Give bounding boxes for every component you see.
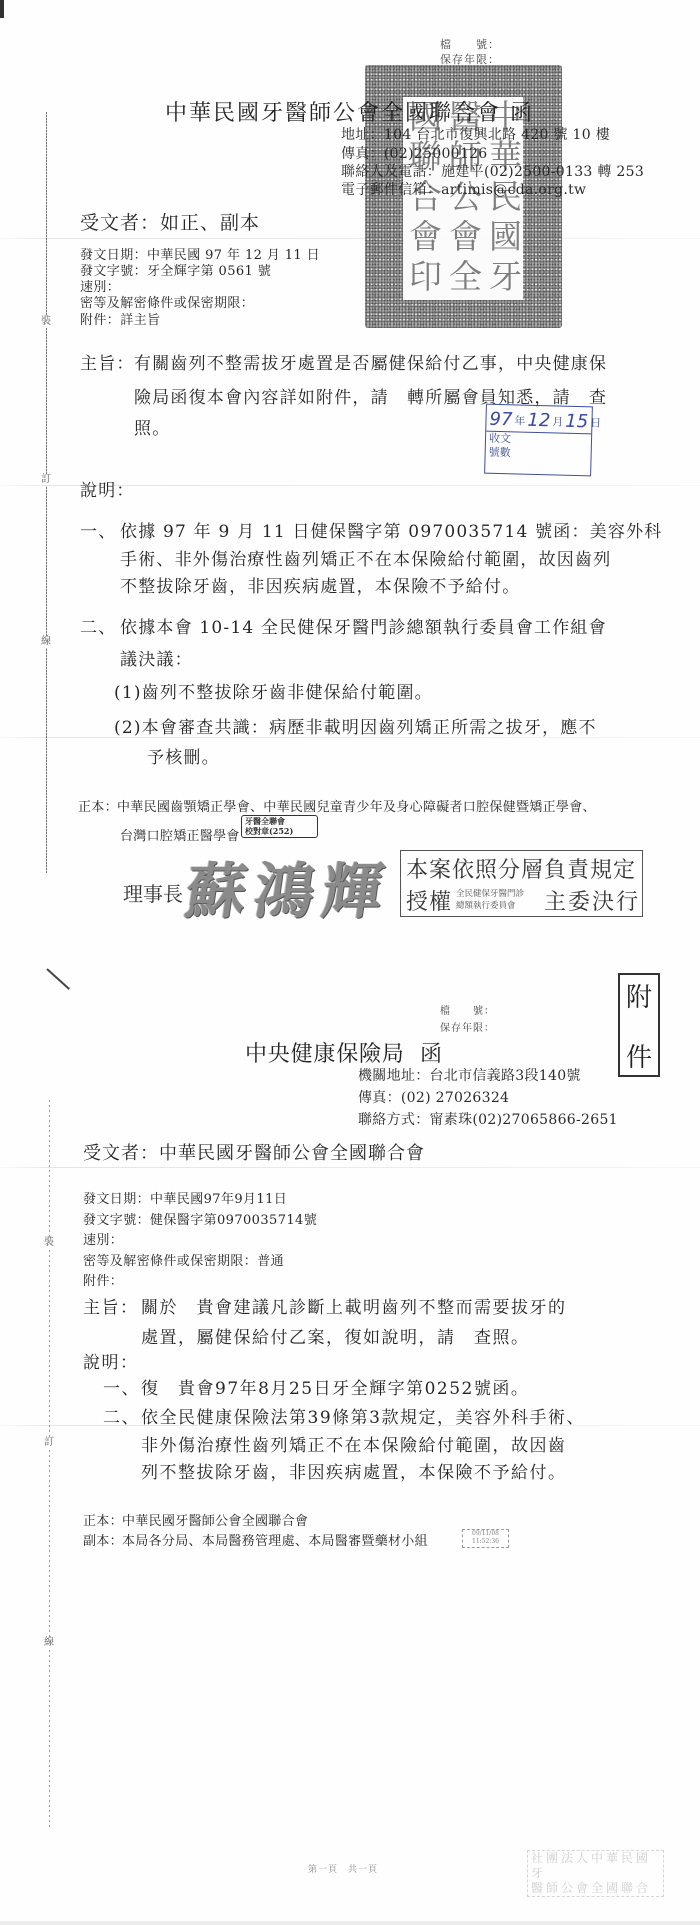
attachment-field: 附件：詳主旨: [80, 309, 160, 328]
faded-receipt-stamp: 社團法人中華民國牙 醫師公會全國聯合會 文書收發專用章戳: [527, 1850, 664, 1897]
proof-stamp-org: 牙醫全聯會: [245, 816, 317, 826]
original-recipient-label: 正本：: [83, 1510, 123, 1529]
stamp-line: 社團法人中華民國牙: [531, 1851, 663, 1881]
item-line: 不整拔除牙齒，非因疾病處置，本保險不予給付。: [120, 572, 520, 597]
item-number: 二、: [103, 1403, 140, 1428]
proof-stamp-label: 校對章(252): [245, 826, 317, 836]
document-number: 發文字號：健保醫字第0970035714號: [83, 1209, 317, 1228]
attachment-tag-char: 附: [626, 977, 652, 1014]
original-recipient: 中華民國牙醫師公會全國聯合會: [122, 1510, 308, 1529]
sender-fax: 傳真：(02)25000126: [341, 143, 488, 163]
letter-type-label: 函: [510, 96, 532, 127]
timestamp-date: 09/11/08: [463, 1530, 508, 1538]
scan-bottom-edge: [0, 1921, 700, 1925]
agency-contact: 聯絡方式：甯素珠(02)27065866-2651: [358, 1109, 618, 1129]
scan-edge-mark: [0, 0, 4, 18]
retention-period-label: 保存年限：: [440, 1019, 495, 1034]
year-label: 年: [514, 411, 526, 431]
binding-line: [46, 112, 47, 873]
received-date-row: 97 年 12 月 15 日: [486, 405, 592, 435]
cc-recipients: 台灣口腔矯正醫學會: [120, 825, 240, 844]
file-number-label: 檔 號：: [440, 1002, 495, 1017]
stamp-line: 醫師公會全國聯合會: [531, 1881, 663, 1897]
received-year: 97: [489, 409, 512, 432]
sender-email: 電子郵件信箱：artimis@cda.org.tw: [341, 179, 586, 199]
binding-line: [49, 1100, 50, 1830]
month-label: 月: [552, 412, 564, 432]
scan-fold-line: [0, 238, 700, 239]
sub-item-line: 予核刪。: [147, 743, 220, 768]
confidentiality-field: 密等及解密條件或保密期限：普通: [83, 1250, 284, 1269]
item-line: 依據本會 10-14 全民健保牙醫門診總額執行委員會工作組會: [120, 613, 607, 638]
binding-mark-zhuang: 裝: [44, 1237, 54, 1249]
attachment-tag-box: 附 件: [618, 973, 660, 1077]
delegation-committee: 全民健保牙醫門診 總額執行委員會: [456, 888, 524, 912]
recipient-line: 受文者：如正、副本: [80, 208, 260, 235]
issue-date: 發文日期：中華民國97年9月11日: [83, 1188, 287, 1207]
scan-fold-line: [0, 1167, 700, 1168]
binding-mark-xian: 線: [41, 636, 51, 648]
item-line: 依據 97 年 9 月 11 日健保醫字第 0970035714 號函：美容外科: [120, 517, 662, 542]
received-date-stamp: 97 年 12 月 15 日 收文 號數: [484, 404, 593, 477]
letter-type-label: 函: [420, 1037, 442, 1068]
subject-line: 有關齒列不整需拔牙處置是否屬健保給付乙事，中央健康保: [134, 349, 607, 374]
attachment-field: 附件：: [83, 1270, 123, 1289]
committee-line: 全民健保牙醫門診: [456, 888, 524, 900]
binding-mark-ding: 訂: [44, 1437, 54, 1449]
item-line: 手術、非外傷治療性齒列矯正不在本保險給付範圍，故因齒列: [120, 545, 611, 570]
page-number-footer: 第一頁 共一頁: [308, 1862, 378, 1875]
proofreading-stamp: 牙醫全聯會 校對章(252): [241, 815, 318, 838]
subject-label: 主旨：: [80, 349, 135, 374]
item-number: 一、: [80, 517, 116, 542]
letterhead-title: 中華民國牙醫師公會全國聯合會: [165, 96, 501, 127]
scanned-document: 裝 訂 線 檔 號： 保存年限： 中華民國牙醫師公會全國聯合會印 中華民國牙醫師…: [0, 0, 700, 1925]
delegation-auth-label: 授權: [406, 885, 452, 916]
cc-label: 正本：: [78, 796, 118, 815]
copy-recipient-label: 副本：: [83, 1530, 123, 1549]
signatory-signature: 蘇鴻輝: [181, 844, 397, 930]
subject-label: 主旨：: [83, 1293, 139, 1318]
recipient-line: 受文者：中華民國牙醫師公會全國聯合會: [83, 1139, 425, 1165]
received-month: 12: [527, 410, 550, 433]
print-timestamp-box: 09/11/08 11:52:36: [462, 1529, 509, 1548]
day-label: 日: [590, 413, 602, 433]
signatory-title: 理事長: [123, 878, 183, 907]
subject-line: 處置，屬健保給付乙案，復如說明，請 查照。: [141, 1323, 530, 1348]
item-line: 議決議：: [120, 645, 193, 670]
agency-address: 機關地址：台北市信義路3段140號: [358, 1065, 581, 1085]
sender-contact: 聯絡人及電話：施建平(02)2500-0133 轉 253: [341, 161, 644, 181]
attachment-tag-char: 件: [626, 1037, 652, 1074]
delegation-stamp-box: 本案依照分層負責規定 授權 全民健保牙醫門診 總額執行委員會 主委決行: [400, 850, 643, 917]
urgency-field: 速別：: [83, 1229, 123, 1248]
subject-line: 照。: [134, 414, 170, 439]
sender-address: 地址：104 台北市復興北路 420 號 10 樓: [341, 124, 610, 144]
delegation-approver: 主委決行: [544, 885, 640, 916]
item-number: 二、: [80, 613, 116, 638]
file-number-label: 檔 號：: [440, 36, 500, 52]
item-line: 非外傷治療性齒列矯正不在本保險給付範圍，故因齒: [141, 1431, 567, 1456]
binding-mark-xian: 線: [44, 1637, 54, 1649]
sub-item-line: (1)齒列不整拔除牙齒非健保給付範圍。: [114, 678, 433, 703]
delegation-rule-text: 本案依照分層負責規定: [406, 853, 636, 884]
explanation-label: 說明：: [83, 1348, 139, 1373]
letterhead-title: 中央健康保險局: [245, 1037, 405, 1068]
item-line: 復 貴會97年8月25日牙全輝字第0252號函。: [141, 1374, 529, 1399]
item-number: 一、: [103, 1374, 140, 1399]
timestamp-time: 11:52:36: [463, 1538, 508, 1546]
agency-fax: 傳真：(02) 27026324: [358, 1087, 509, 1107]
received-day: 15: [565, 411, 588, 434]
item-line: 列不整拔除牙齒，非因疾病處置，本保險不予給付。: [141, 1458, 567, 1483]
sub-item-line: (2)本會審查共識：病歷非載明因齒列矯正所需之拔牙，應不: [114, 713, 597, 738]
item-line: 依全民健康保險法第39條第3款規定，美容外科手術、: [141, 1403, 585, 1428]
committee-line: 總額執行委員會: [456, 900, 524, 912]
received-number-label: 號數: [485, 446, 590, 463]
binding-mark-zhuang: 裝: [41, 316, 51, 328]
copy-recipients: 本局各分局、本局醫務管理處、本局醫審暨藥材小組: [122, 1530, 428, 1549]
pen-stroke-mark: [46, 968, 70, 990]
cc-recipients: 中華民國齒顎矯正學會、中華民國兒童青少年及身心障礙者口腔保健暨矯正學會、: [117, 796, 596, 815]
subject-line: 關於 貴會建議凡診斷上載明齒列不整而需要拔牙的: [141, 1293, 567, 1318]
explanation-label: 說明：: [80, 476, 135, 501]
